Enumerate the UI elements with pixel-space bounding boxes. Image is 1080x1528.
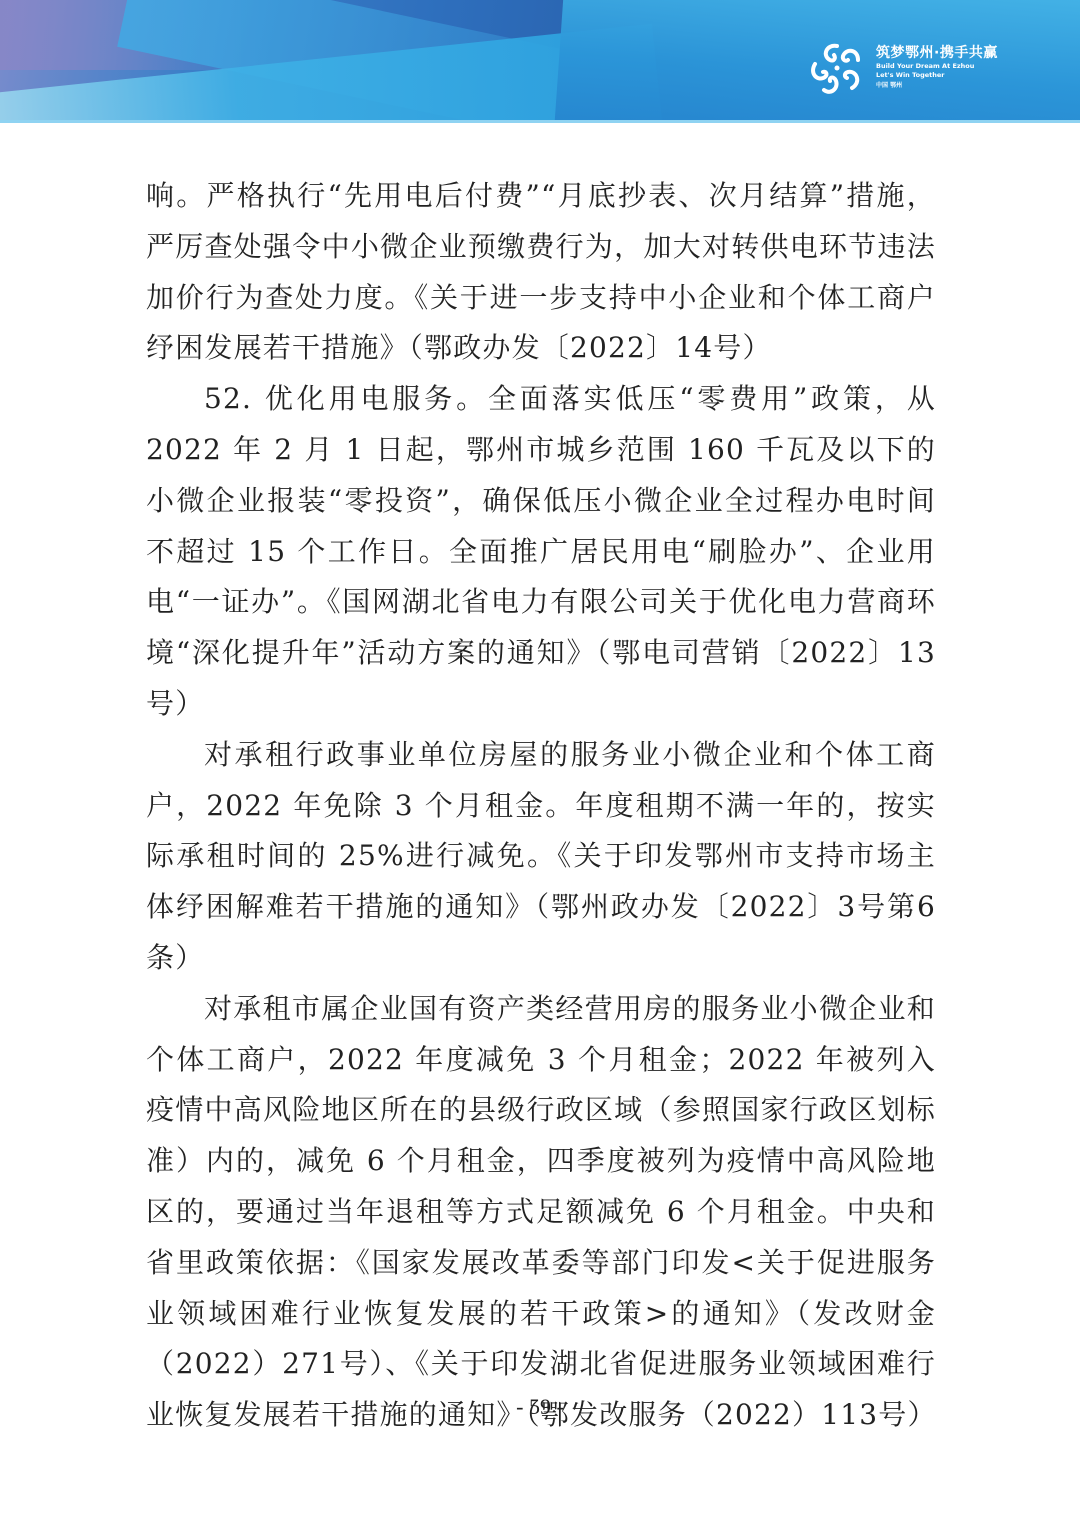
page-number: - 59 -: [0, 1394, 1080, 1420]
flower-logo-icon: [806, 38, 868, 100]
banner-edge: [0, 120, 1080, 123]
logo-text: 筑梦鄂州·携手共赢 Build Your Dream At Ezhou Let'…: [876, 44, 998, 91]
paragraph-item-52: 52. 优化用电服务。全面落实低压“零费用”政策，从 2022 年 2 月 1 …: [146, 374, 936, 730]
logo-subtitle-2: Let's Win Together: [876, 71, 998, 80]
document-body: 响。严格执行“先用电后付费”“月底抄表、次月结算”措施，严厉查处强令中小微企业预…: [146, 171, 936, 1441]
logo-title: 筑梦鄂州·携手共赢: [876, 44, 998, 62]
paragraph-rent-admin: 对承租行政事业单位房屋的服务业小微企业和个体工商户，2022 年免除 3 个月租…: [146, 730, 936, 984]
paragraph-continuation: 响。严格执行“先用电后付费”“月底抄表、次月结算”措施，严厉查处强令中小微企业预…: [146, 171, 936, 374]
paragraph-rent-soe: 对承租市属企业国有资产类经营用房的服务业小微企业和个体工商户，2022 年度减免…: [146, 984, 936, 1441]
header-banner: 筑梦鄂州·携手共赢 Build Your Dream At Ezhou Let'…: [0, 0, 1080, 123]
logo-location: 中国 鄂州: [876, 81, 998, 91]
logo-subtitle-1: Build Your Dream At Ezhou: [876, 62, 998, 71]
